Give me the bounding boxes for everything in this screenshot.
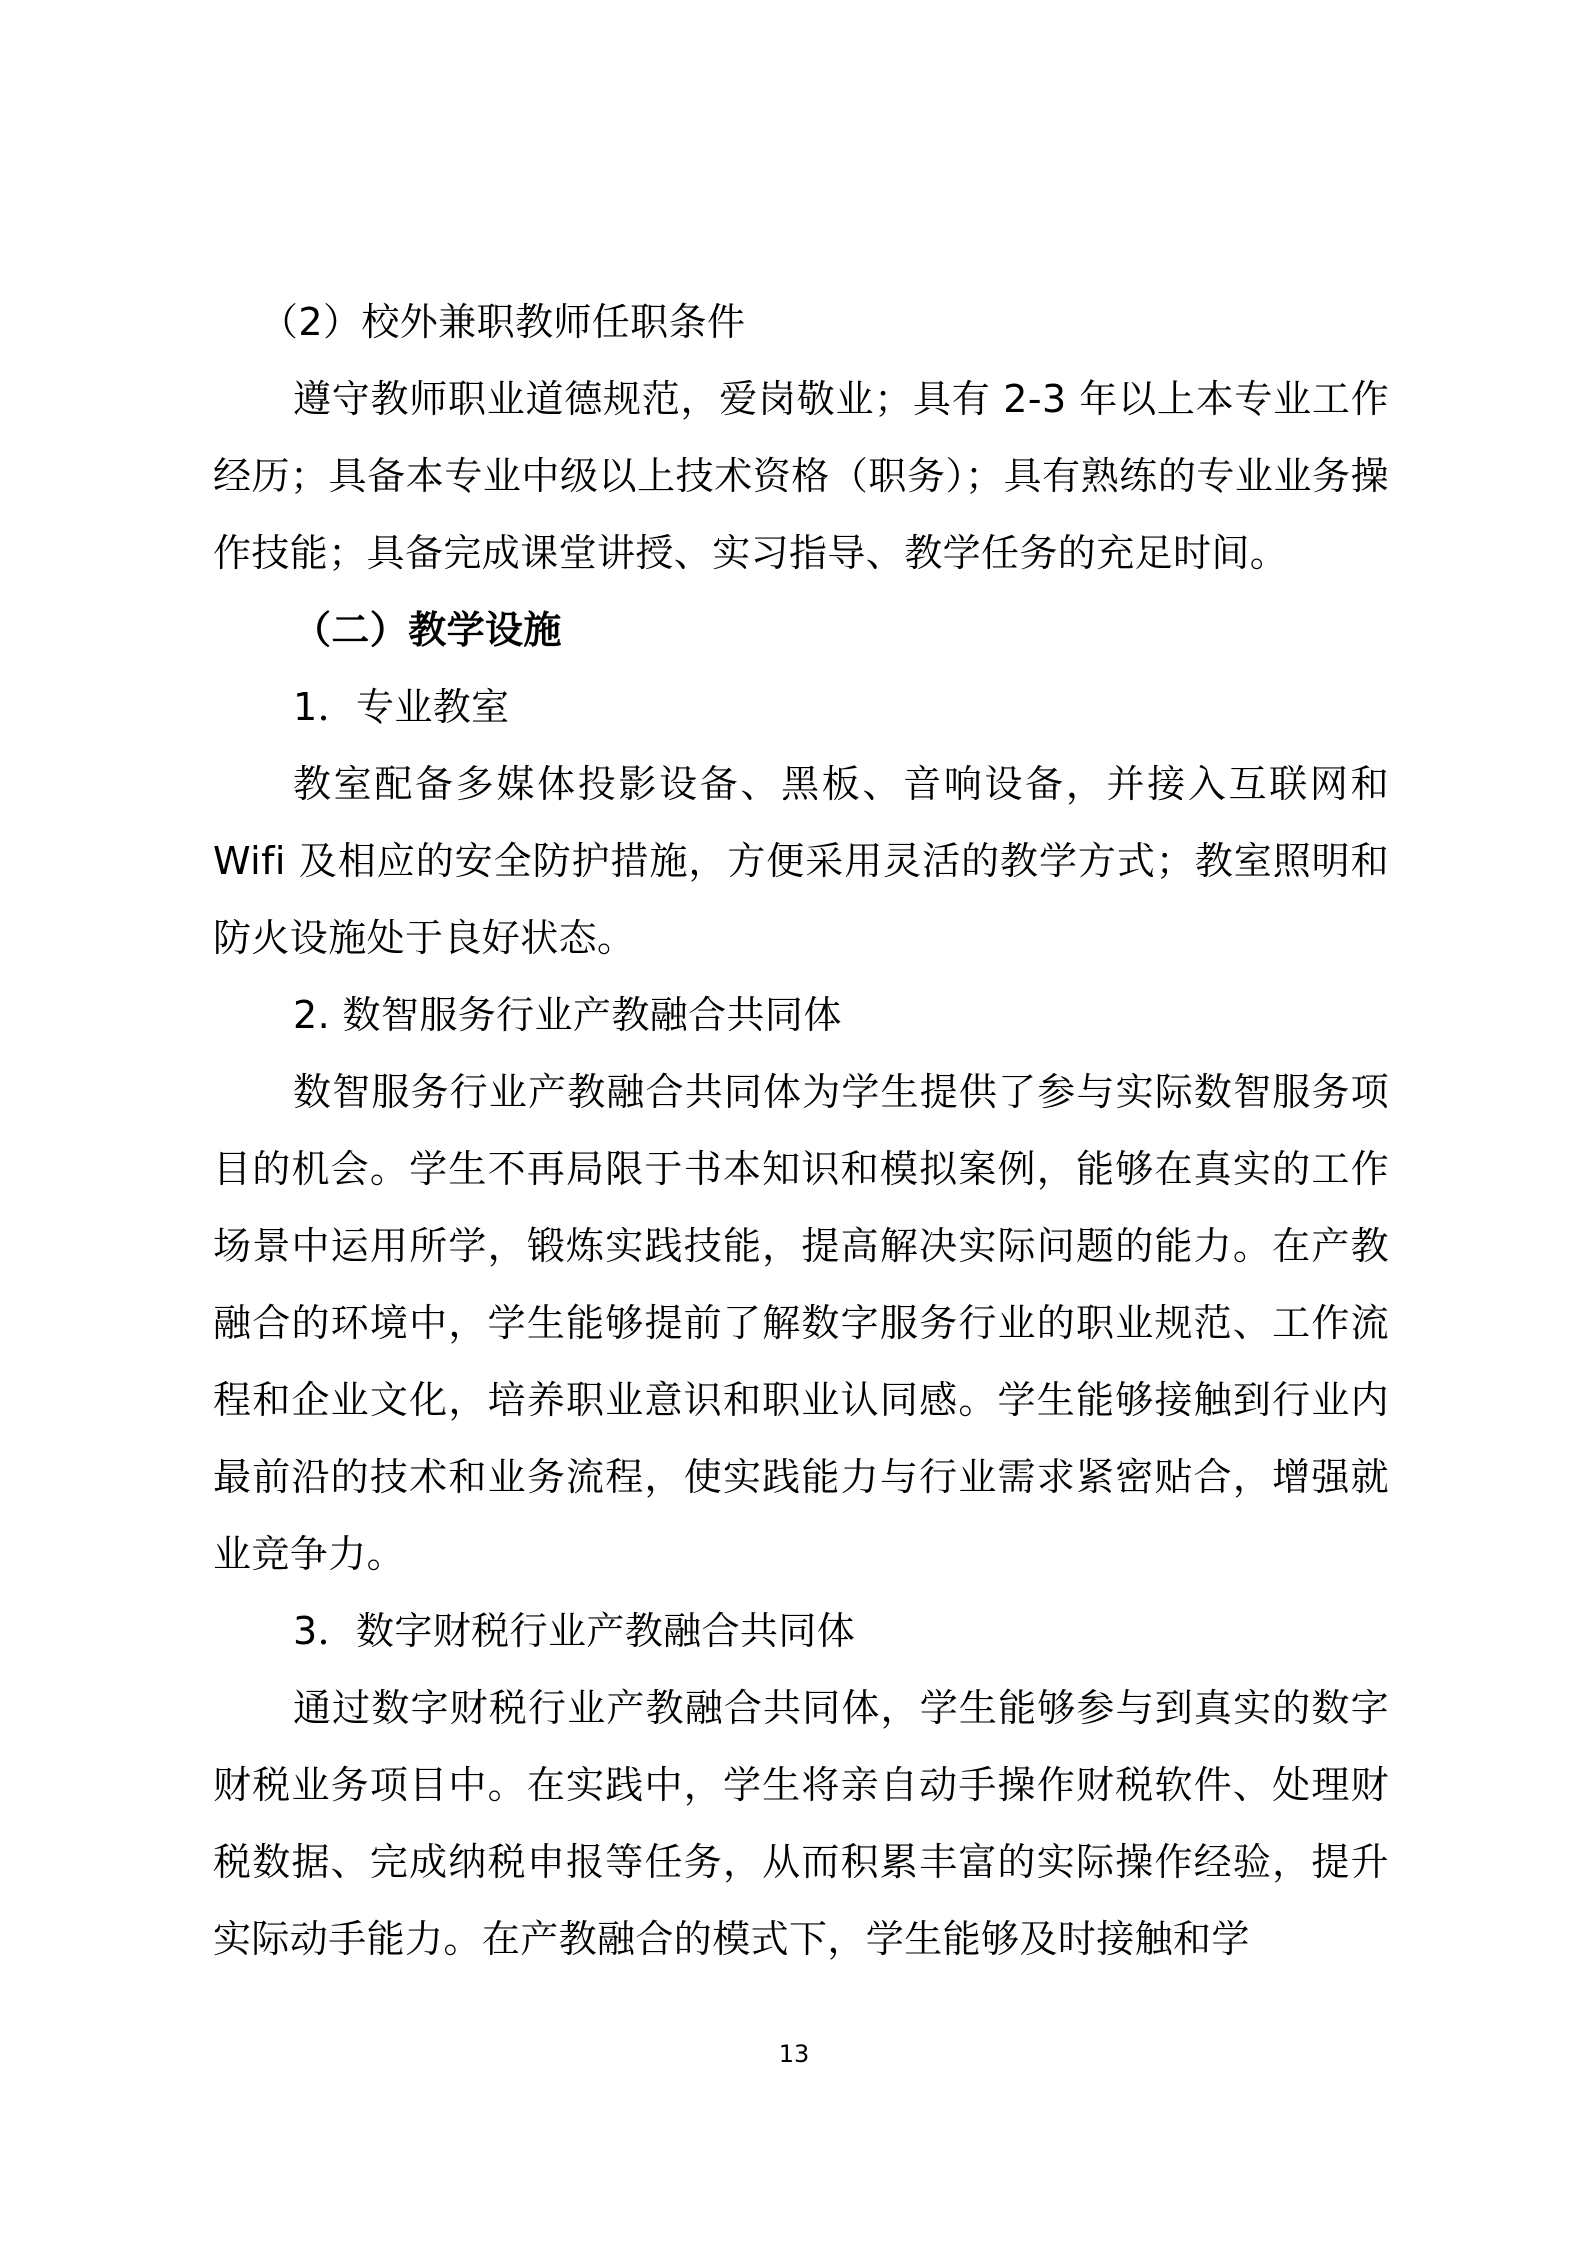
paragraph-digital-finance-tax-community: 通过数字财税行业产教融合共同体，学生能够参与到真实的数字财税业务项目中。在实践中…	[213, 1670, 1389, 1978]
page-content: （2）校外兼职教师任职条件 遵守教师职业道德规范，爱岗敬业；具有 2-3 年以上…	[213, 284, 1389, 1978]
item-heading-digital-finance-tax-community: 3．数字财税行业产教融合共同体	[213, 1593, 1389, 1670]
document-page: （2）校外兼职教师任职条件 遵守教师职业道德规范，爱岗敬业；具有 2-3 年以上…	[0, 0, 1588, 2245]
paragraph-professional-classroom: 教室配备多媒体投影设备、黑板、音响设备，并接入互联网和 Wifi 及相应的安全防…	[213, 746, 1389, 977]
page-number: 13	[0, 2036, 1588, 2072]
paragraph-part-time-teacher-requirements: 遵守教师职业道德规范，爱岗敬业；具有 2-3 年以上本专业工作经历；具备本专业中…	[213, 361, 1389, 592]
subheading-part-time-teacher-requirements: （2）校外兼职教师任职条件	[213, 284, 1389, 361]
paragraph-digital-service-community: 数智服务行业产教融合共同体为学生提供了参与实际数智服务项目的机会。学生不再局限于…	[213, 1054, 1389, 1593]
item-heading-professional-classroom: 1．专业教室	[213, 669, 1389, 746]
item-heading-digital-service-community: 2. 数智服务行业产教融合共同体	[213, 977, 1389, 1054]
heading-teaching-facilities: （二）教学设施	[213, 592, 1389, 669]
